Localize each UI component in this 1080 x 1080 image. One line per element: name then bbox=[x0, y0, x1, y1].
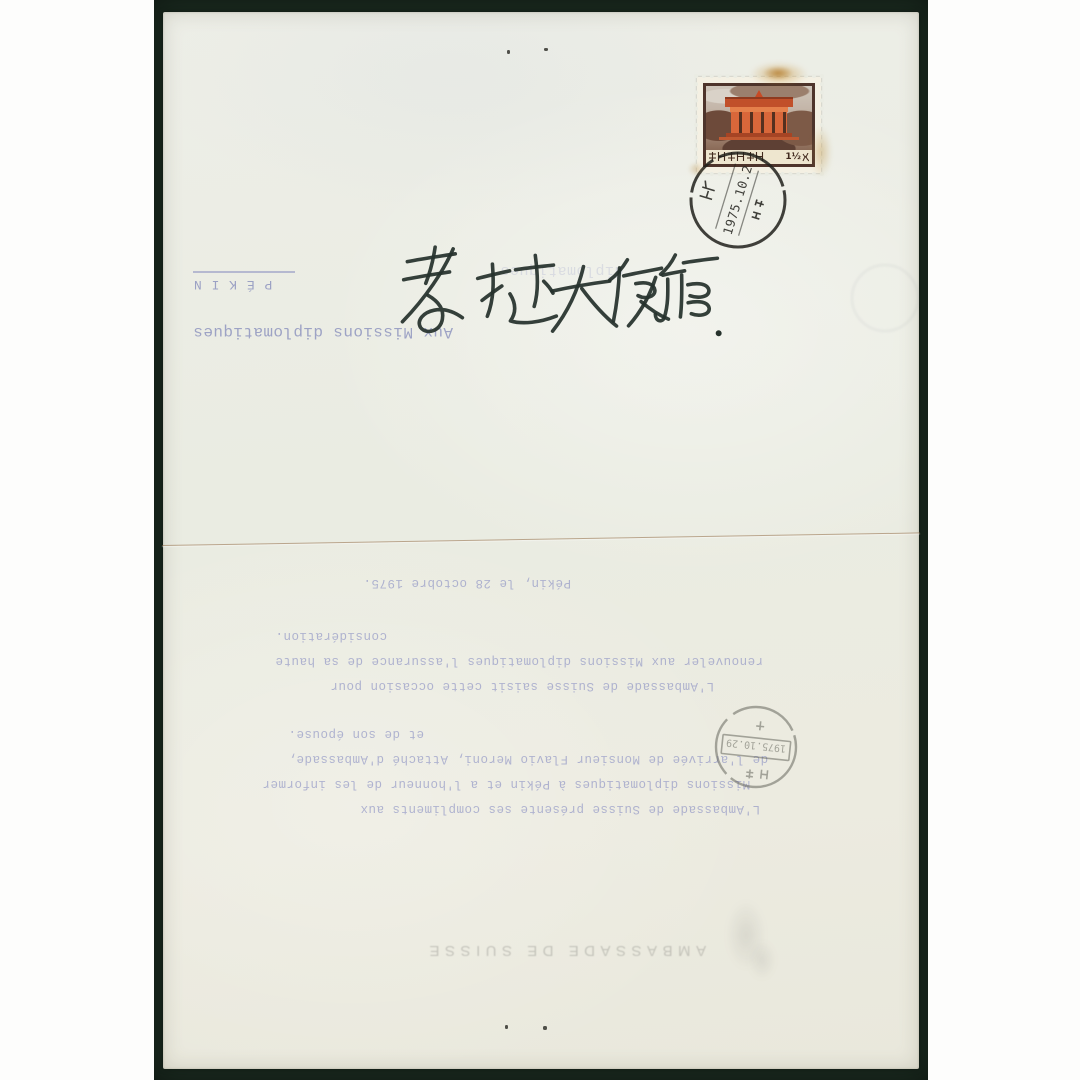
cjk-city-marks bbox=[700, 180, 717, 199]
scanned-diplomatic-cover-photo: { "stamp": { "inscription": "中国人民邮政", "d… bbox=[0, 0, 1080, 1080]
ghost-line: L'Ambassade de Suisse saisit cette occas… bbox=[330, 679, 714, 693]
ghost-pekin-underline bbox=[193, 271, 295, 273]
arrival-postmark-date: 1975.10.29 bbox=[726, 736, 787, 753]
cover-paper: P É K I N Aux Missions diplomatiques dip… bbox=[163, 12, 919, 1069]
fold-crease bbox=[162, 532, 920, 546]
ghost-line: et de son épouse. bbox=[288, 727, 424, 741]
red-flag-shape bbox=[754, 90, 764, 99]
building-steps bbox=[719, 137, 799, 140]
ghost-line: renouveler aux Missions diplomatiques l'… bbox=[275, 654, 763, 668]
ghost-line: considération. bbox=[275, 629, 387, 643]
ghost-line: L'Ambassade de Suisse présente ses compl… bbox=[360, 802, 760, 816]
building-roof bbox=[725, 99, 793, 107]
ghost-line: de l'arrivée de Monsieur Flavio Meroni, … bbox=[288, 752, 768, 766]
dust-speck bbox=[544, 48, 548, 51]
ghost-line: Pékin, le 28 octobre 1975. bbox=[363, 576, 571, 590]
building-columns bbox=[731, 112, 787, 133]
arrival-postmark: 1975.10.29 bbox=[710, 702, 802, 794]
pencil-smudge bbox=[748, 940, 776, 980]
fen-character-mark bbox=[802, 153, 809, 162]
cjk-city-marks bbox=[761, 770, 768, 780]
ghost-letterhead: AMBASSADE DE SUISSE bbox=[424, 942, 706, 959]
dust-speck bbox=[505, 1025, 508, 1029]
embossing-ghost-ring bbox=[851, 264, 919, 332]
stamp-vignette bbox=[706, 86, 812, 150]
handwriting-period bbox=[716, 330, 722, 336]
dust-speck bbox=[507, 50, 510, 54]
dust-speck bbox=[543, 1026, 547, 1030]
handwritten-address bbox=[395, 238, 725, 354]
ghost-line: Missions diplomatiques à Pékin et a l'ho… bbox=[262, 777, 750, 791]
ghost-pekin-line: P É K I N bbox=[193, 277, 272, 292]
